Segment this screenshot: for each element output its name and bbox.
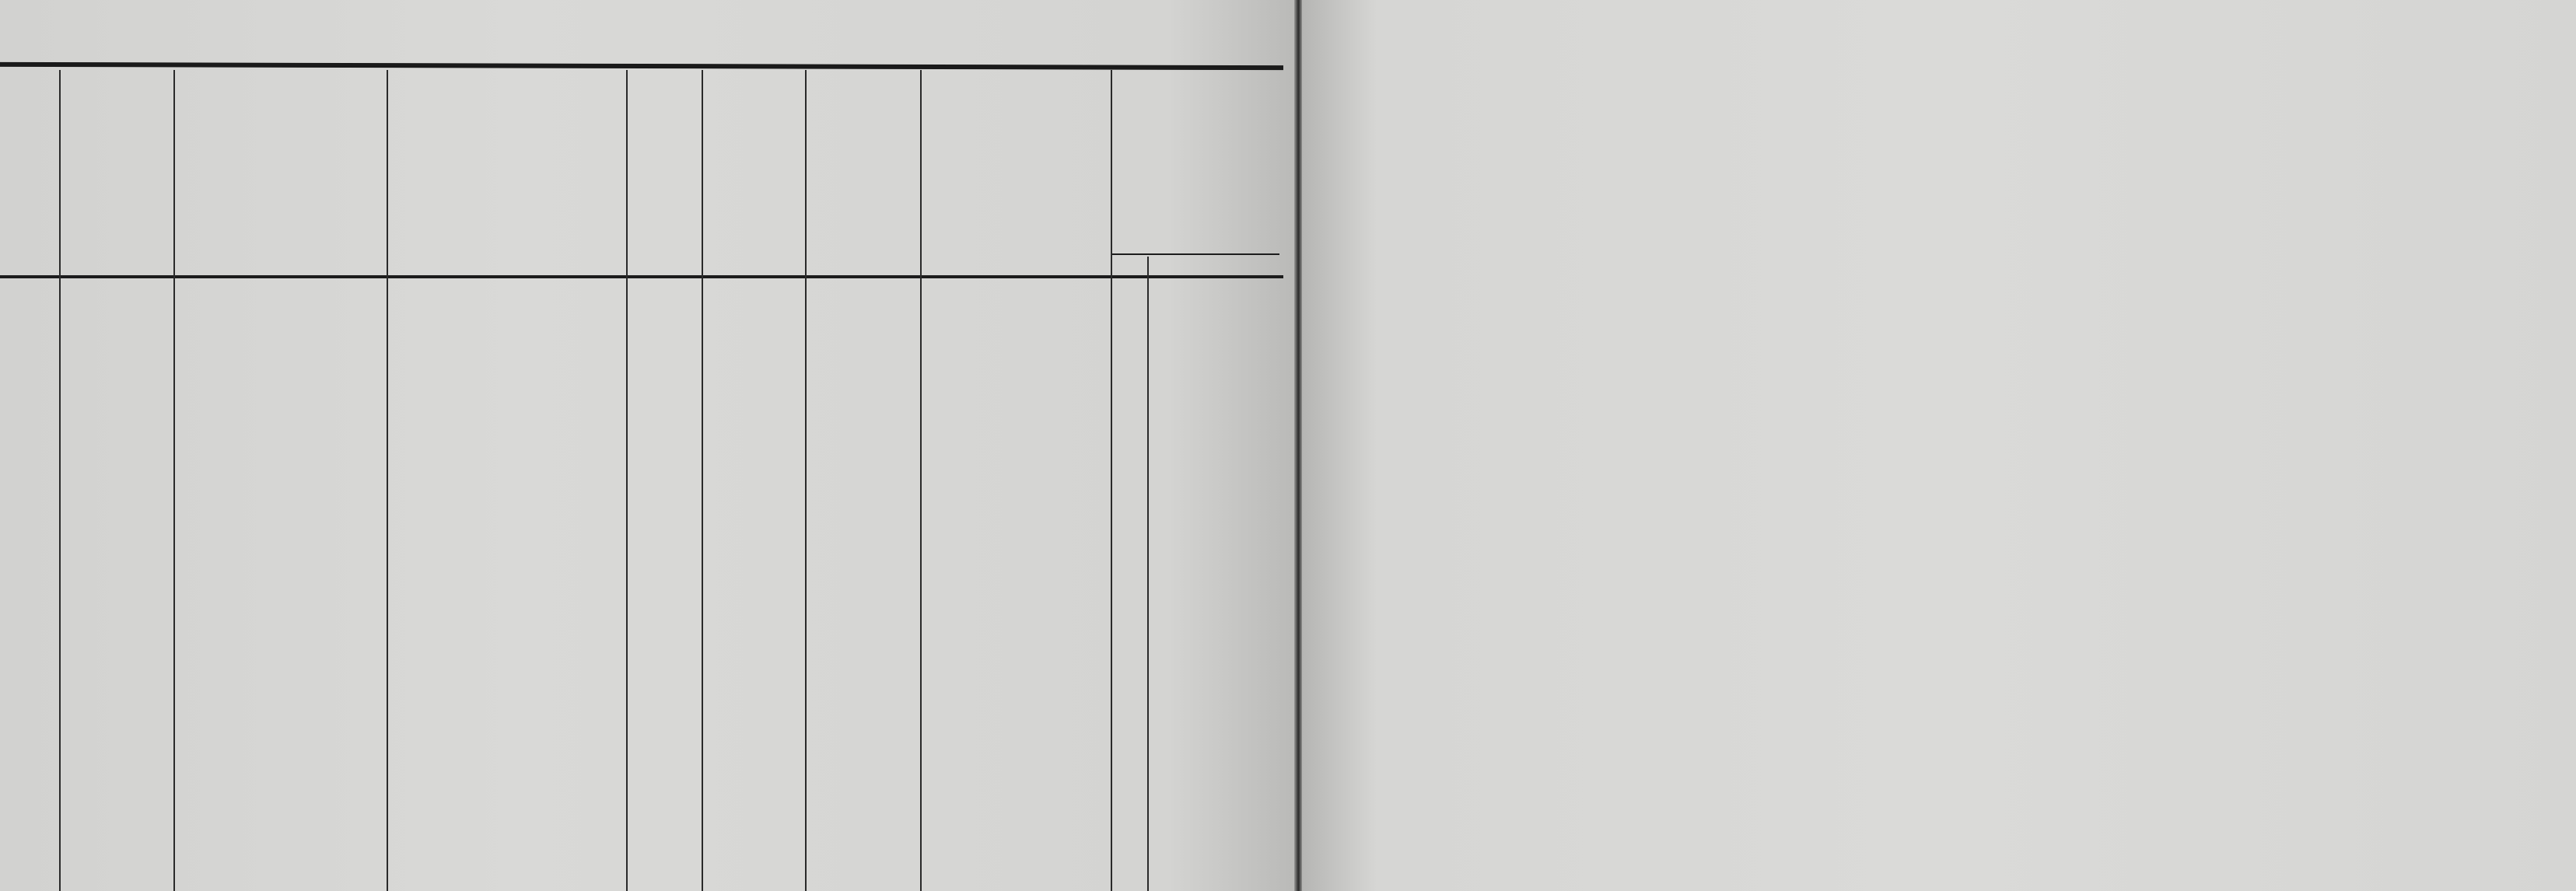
col-divider: [173, 70, 175, 891]
col-divider: [702, 70, 703, 891]
col-divider: [920, 70, 922, 891]
col-divider: [1147, 257, 1149, 891]
col-divider: [805, 70, 807, 891]
col-divider: [59, 70, 61, 891]
left-page: [0, 0, 1297, 891]
header-familienaam: [389, 190, 626, 198]
header-bottom-rule-left: [0, 275, 1283, 278]
col-divider: [626, 70, 628, 891]
col-divider: [387, 70, 388, 891]
col-divider: [1111, 70, 1112, 891]
right-page: [1300, 0, 2576, 891]
book-gutter: [1294, 0, 1302, 891]
civil-status-split-rule: [1112, 253, 1279, 255]
